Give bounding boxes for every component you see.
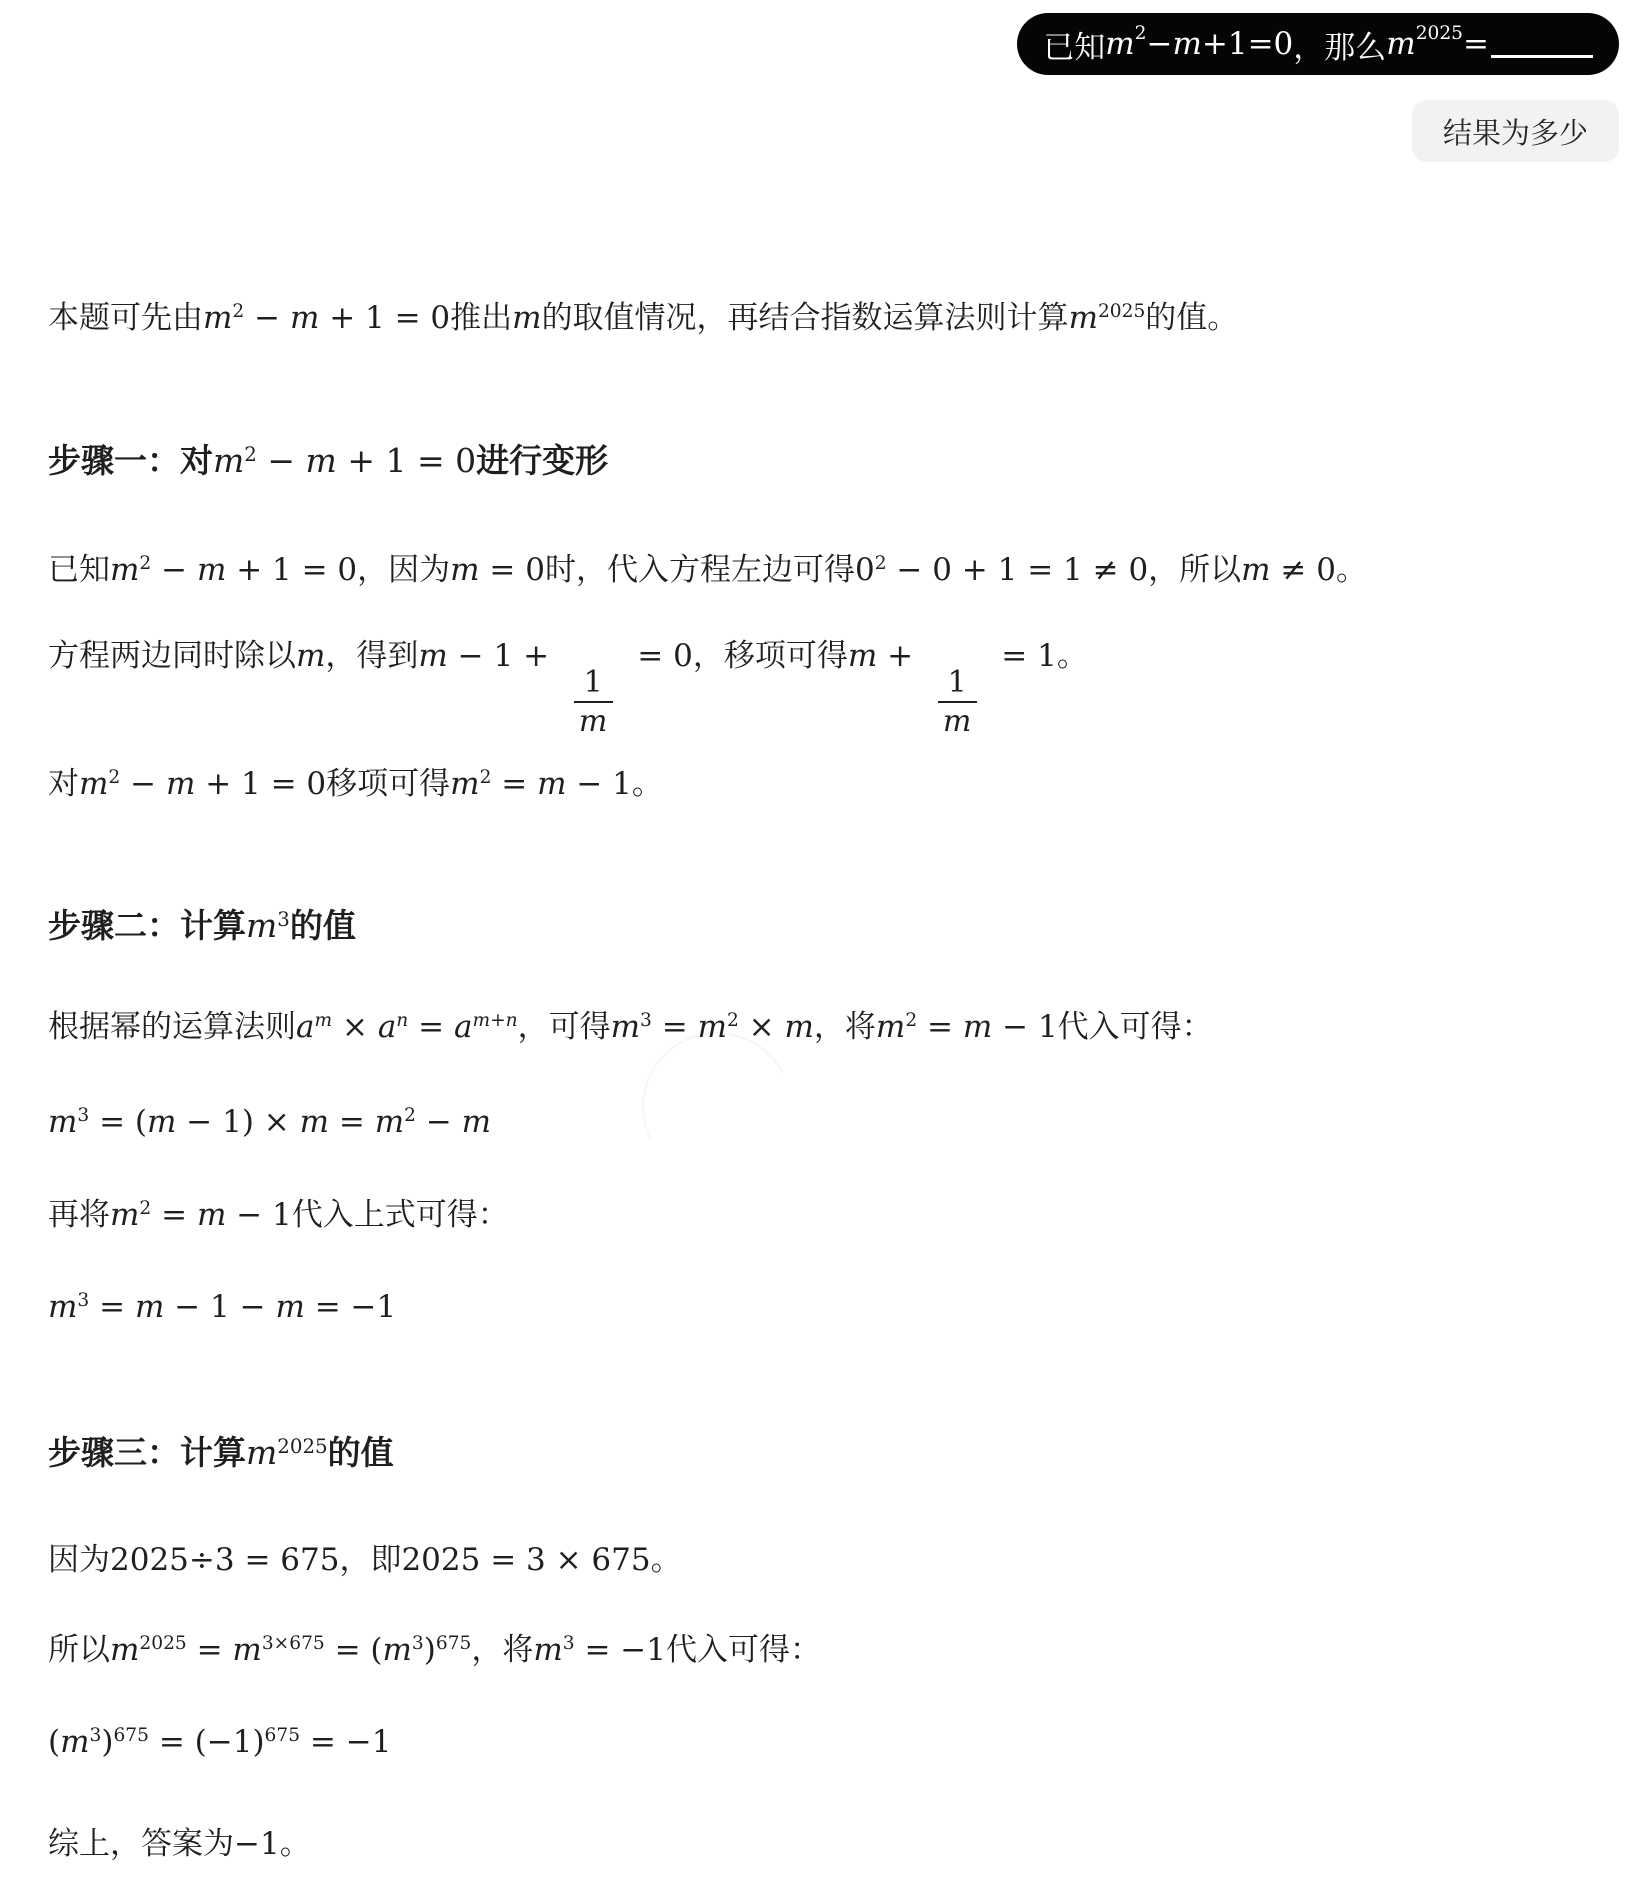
step1-heading: 步骤一：对m2 − m + 1 = 0进行变形 xyxy=(48,438,1601,485)
step2-paragraph-substitute: 再将m2 = m − 1代入上式可得： xyxy=(48,1193,1601,1237)
step3-heading: 步骤三：计算m2025的值 xyxy=(48,1430,1601,1477)
step3-paragraph-factor: 因为2025÷3 = 675，即2025 = 3 × 675。 xyxy=(48,1538,1601,1582)
conclusion: 综上，答案为−1。 xyxy=(48,1822,1601,1866)
step3-paragraph-rewrite: 所以m2025 = m3×675 = (m3)675，将m3 = −1代入可得： xyxy=(48,1628,1601,1672)
step2-equation-m3-expand: m3 = (m − 1) × m = m2 − m xyxy=(48,1100,1601,1144)
user-followup-bubble: 结果为多少 xyxy=(1412,100,1619,162)
answer-blank-underline xyxy=(1491,30,1593,58)
step1-paragraph-rearrange: 对m2 − m + 1 = 0移项可得m2 = m − 1。 xyxy=(48,762,1601,806)
step2-heading: 步骤二：计算m3的值 xyxy=(48,903,1601,950)
step1-paragraph-divide: 方程两边同时除以m，得到m − 1 + 1m = 0，移项可得m + 1m = … xyxy=(48,634,1601,739)
step3-equation-final: (m3)675 = (−1)675 = −1 xyxy=(48,1720,1601,1764)
user-problem-bubble: 已知 m2−m+1=0，那么m2025= xyxy=(1017,13,1619,75)
step2-paragraph-powerrule: 根据幂的运算法则am × an = am+n，可得m3 = m2 × m，将m2… xyxy=(48,1005,1601,1049)
step2-equation-m3-result: m3 = m − 1 − m = −1 xyxy=(48,1285,1601,1329)
solution-intro: 本题可先由m2 − m + 1 = 0推出m的取值情况，再结合指数运算法则计算m… xyxy=(48,296,1601,340)
fraction: 1m xyxy=(569,666,618,739)
fraction: 1m xyxy=(933,666,982,739)
step1-paragraph-nonzero: 已知m2 − m + 1 = 0，因为m = 0时，代入方程左边可得02 − 0… xyxy=(48,548,1601,592)
user-followup-text: 结果为多少 xyxy=(1443,111,1588,152)
